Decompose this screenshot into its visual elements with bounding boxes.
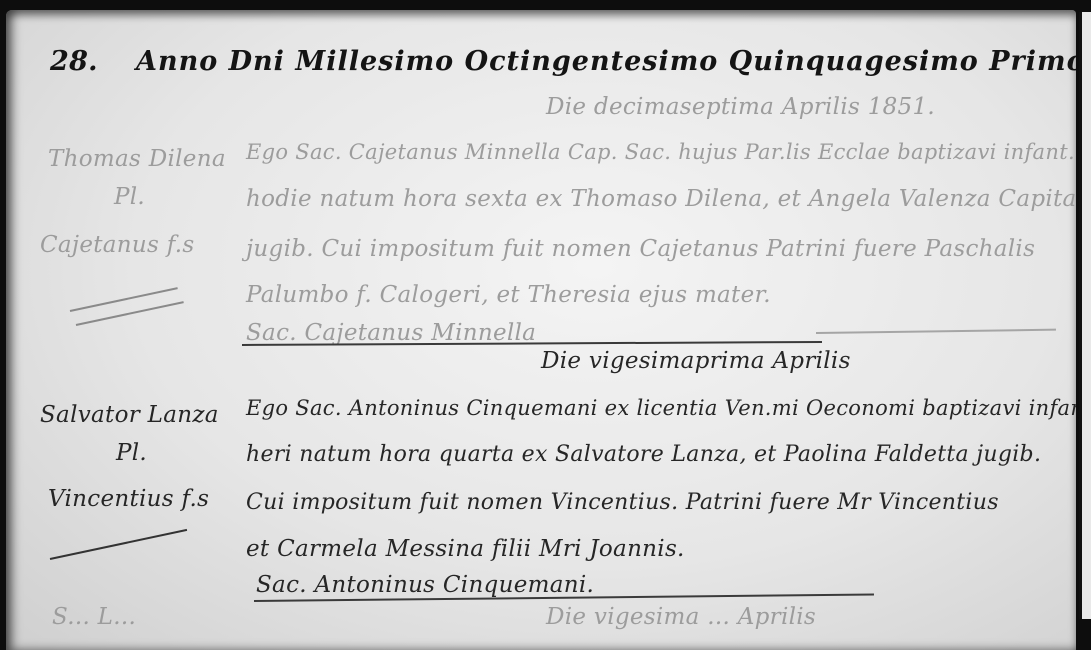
entry-2-parish-abbrev: Pl. [116, 440, 147, 466]
entry-1-father-name: Thomas Dilena [48, 146, 226, 172]
entry-2-line-1: Ego Sac. Antoninus Cinquemani ex licenti… [246, 396, 1076, 420]
entry-1-line-4: Palumbo f. Calogeri, et Theresia ejus ma… [246, 282, 771, 308]
entry-1-margin-flourish [70, 287, 178, 312]
entry-1-parish-abbrev: Pl. [114, 184, 145, 210]
register-page: 28. Anno Dni Millesimo Octingentesimo Qu… [6, 10, 1076, 619]
entry-1-date: Die decimaseptima Aprilis 1851. [546, 94, 935, 120]
entry-number: 28. [50, 46, 98, 77]
entry-3-margin-partial: S... L... [52, 604, 136, 619]
entry-1-divider-right [816, 329, 1056, 334]
entry-2-line-4: et Carmela Messina filii Mri Joannis. [246, 536, 685, 562]
entry-2-child-name: Vincentius f.s [48, 486, 209, 512]
entry-1-line-3: jugib. Cui impositum fuit nomen Cajetanu… [246, 236, 1035, 262]
entry-2-father-name: Salvator Lanza [40, 402, 219, 428]
adjacent-page-edge [1079, 12, 1091, 619]
entry-1-line-1: Ego Sac. Cajetanus Minnella Cap. Sac. hu… [246, 140, 1075, 164]
page-heading: Anno Dni Millesimo Octingentesimo Quinqu… [136, 46, 1076, 77]
entry-2-date: Die vigesimaprima Aprilis [541, 348, 851, 374]
entry-3-date-partial: Die vigesima ... Aprilis [546, 604, 816, 619]
entry-2-line-3: Cui impositum fuit nomen Vincentius. Pat… [246, 490, 999, 515]
entry-1-child-name: Cajetanus f.s [40, 232, 194, 258]
entry-2-signature: Sac. Antoninus Cinquemani. [256, 572, 594, 598]
entry-2-line-2: heri natum hora quarta ex Salvatore Lanz… [246, 442, 1041, 467]
entry-1-line-2: hodie natum hora sexta ex Thomaso Dilena… [246, 186, 1076, 212]
entry-2-margin-flourish [50, 529, 187, 560]
